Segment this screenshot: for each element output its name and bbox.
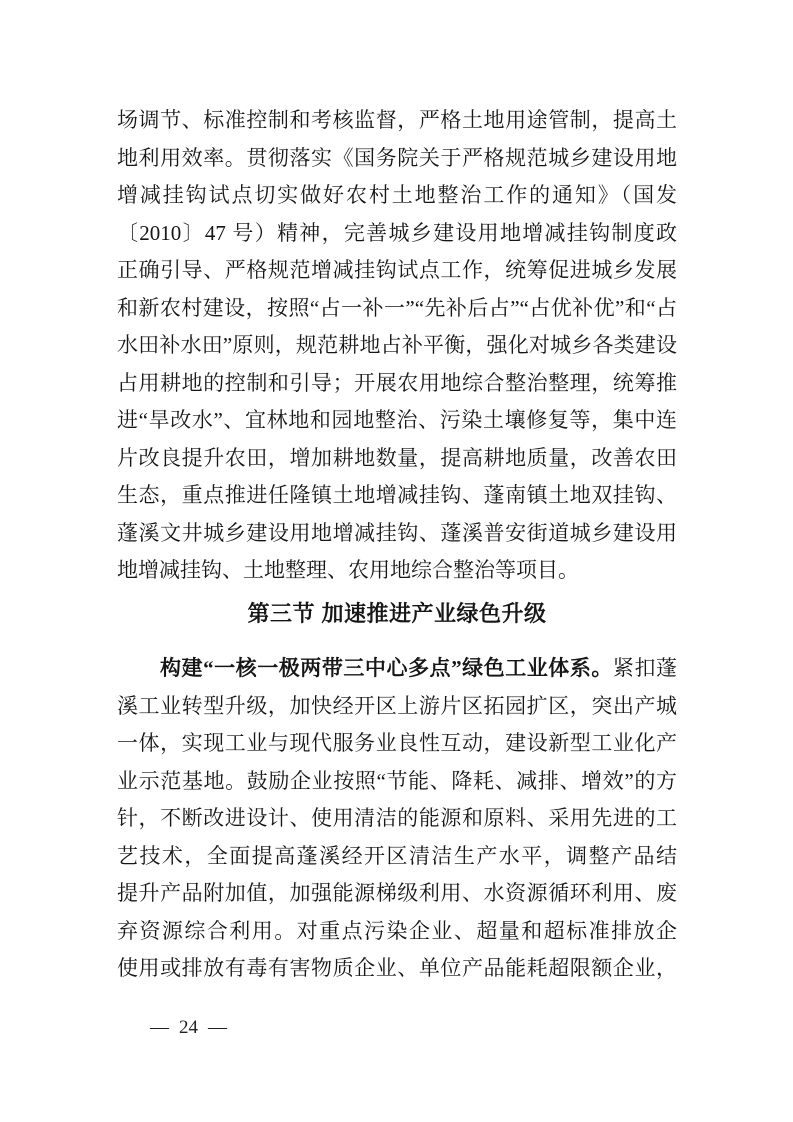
body-text-line: 溪工业转型升级，加快经开区上游片区拓园扩区，突出产城 — [117, 688, 677, 726]
body-text-line: 〔2010〕47 号）精神，完善城乡建设用地增减挂钩制度政策， — [117, 215, 677, 253]
body-text-line: 蓬溪文井城乡建设用地增减挂钩、蓬溪普安街道城乡建设用 — [117, 515, 677, 553]
paragraph-green-industry: 构建“一核一极两带三中心多点”绿色工业体系。紧扣蓬 溪工业转型升级，加快经开区上… — [117, 650, 677, 988]
body-text-line: 地增减挂钩、土地整理、农用地综合整治等项目。 — [117, 552, 677, 590]
body-text-line: 提升产品附加值，加强能源梯级利用、水资源循环利用、废 — [117, 875, 677, 913]
body-text-line: 片改良提升农田，增加耕地数量，提高耕地质量，改善农田 — [117, 440, 677, 478]
body-text-line: 进“旱改水”、宜林地和园地整治、污染土壤修复等，集中连 — [117, 402, 677, 440]
footer-left-dash: — — [150, 1017, 169, 1038]
body-text-line: 场调节、标准控制和考核监督，严格土地用途管制，提高土 — [117, 102, 677, 140]
body-text-line: 一体，实现工业与现代服务业良性互动，建设新型工业化产 — [117, 725, 677, 763]
body-text-line: 水田补水田”原则，规范耕地占补平衡，强化对城乡各类建设 — [117, 327, 677, 365]
footer-right-dash: — — [208, 1017, 227, 1038]
paragraph-land-management: 场调节、标准控制和考核监督，严格土地用途管制，提高土 地利用效率。贯彻落实《国务… — [117, 102, 677, 590]
body-text-line: 增减挂钩试点切实做好农村土地整治工作的通知》（国发 — [117, 177, 677, 215]
page-footer: —24— — [150, 1014, 227, 1042]
body-text-line: 针，不断改进设计、使用清洁的能源和原料、采用先进的工 — [117, 800, 677, 838]
body-text-line: 艺技术，全面提高蓬溪经开区清洁生产水平，调整产品结构， — [117, 838, 677, 876]
body-text-line: 占用耕地的控制和引导；开展农用地综合整治整理，统筹推 — [117, 365, 677, 403]
page-number: 24 — [179, 1017, 198, 1038]
body-text-line: 业示范基地。鼓励企业按照“节能、降耗、减排、增效”的方 — [117, 763, 677, 801]
paragraph-lead-bold: 构建“一核一极两带三中心多点”绿色工业体系。 — [160, 656, 613, 680]
body-text-line: 和新农村建设，按照“占一补一”“先补后占”“占优补优”和“占 — [117, 290, 677, 328]
body-text-line: 弃资源综合利用。对重点污染企业、超量和超标准排放企业、 — [117, 913, 677, 951]
body-text-line: 正确引导、严格规范增减挂钩试点工作，统筹促进城乡发展 — [117, 252, 677, 290]
section-heading: 第三节 加速推进产业绿色升级 — [117, 599, 677, 629]
paragraph-lead-rest: 紧扣蓬 — [613, 656, 677, 680]
body-text-line: 生态，重点推进任隆镇土地增减挂钩、蓬南镇土地双挂钩、 — [117, 477, 677, 515]
body-text-line: 使用或排放有毒有害物质企业、单位产品能耗超限额企业， — [117, 950, 677, 988]
body-text-line: 地利用效率。贯彻落实《国务院关于严格规范城乡建设用地 — [117, 140, 677, 178]
body-text-line: 构建“一核一极两带三中心多点”绿色工业体系。紧扣蓬 — [117, 650, 677, 688]
